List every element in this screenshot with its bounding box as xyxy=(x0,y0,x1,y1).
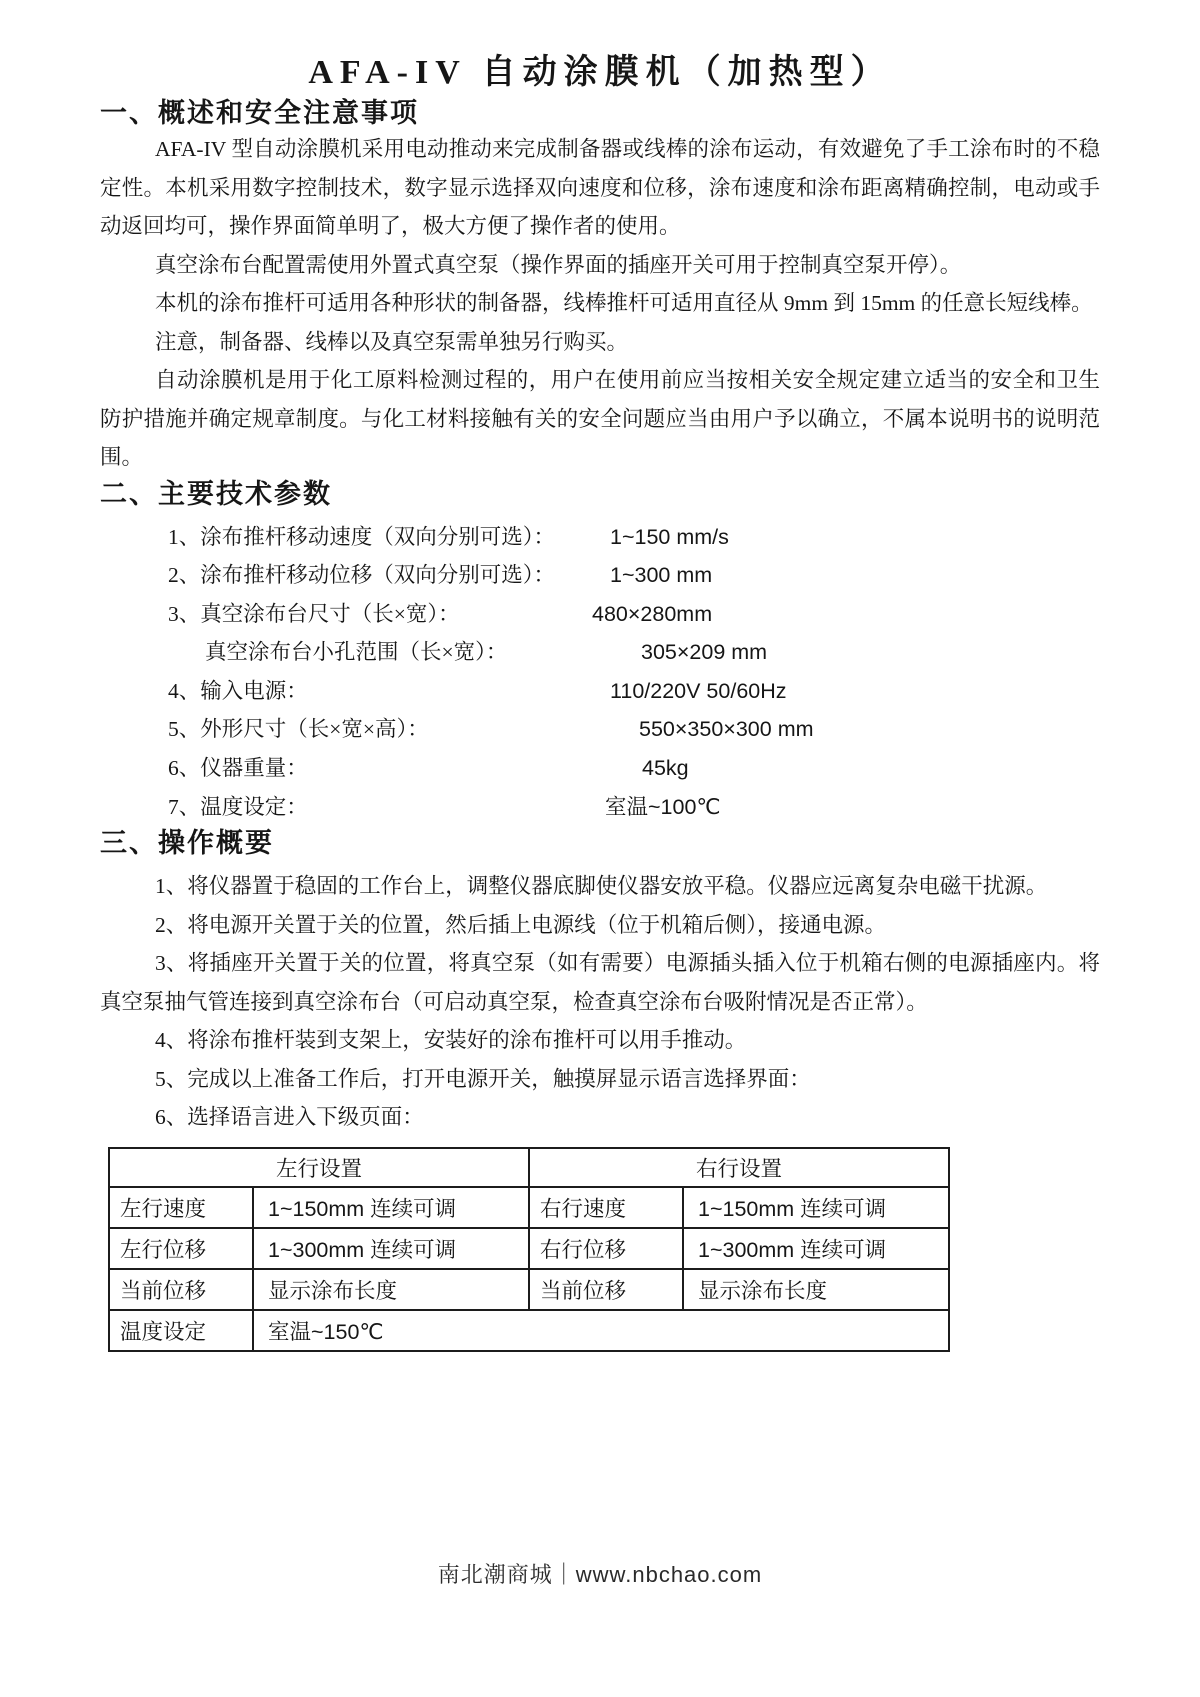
cell-right-displacement-label: 右行位移 xyxy=(529,1228,683,1269)
spec-line-displacement: 2、涂布推杆移动位移（双向分别可选）： 1~300 mm xyxy=(100,556,1100,595)
cell-right-speed-label: 右行速度 xyxy=(529,1187,683,1228)
footer-branding: 南北潮商城｜www.nbchao.com xyxy=(0,1558,1200,1589)
spec-value: 305×209 mm xyxy=(641,633,767,672)
spec-value: 110/220V 50/60Hz xyxy=(610,672,787,711)
overview-paragraph-5: 自动涂膜机是用于化工原料检测过程的，用户在使用前应当按相关安全规定建立适当的安全… xyxy=(100,361,1100,477)
cell-left-current-value: 显示涂布长度 xyxy=(253,1269,529,1310)
spec-line-hole-range: 真空涂布台小孔范围（长×宽）： 305×209 mm xyxy=(100,633,1100,672)
operation-step-1: 1、将仪器置于稳固的工作台上，调整仪器底脚使仪器安放平稳。仪器应远离复杂电磁干扰… xyxy=(100,867,1100,906)
cell-left-current-label: 当前位移 xyxy=(109,1269,253,1310)
cell-left-displacement-label: 左行位移 xyxy=(109,1228,253,1269)
spec-line-temperature: 7、温度设定： 室温~100℃ xyxy=(100,788,1100,827)
cell-right-current-label: 当前位移 xyxy=(529,1269,683,1310)
spec-line-speed: 1、涂布推杆移动速度（双向分别可选）： 1~150 mm/s xyxy=(100,518,1100,557)
spec-list: 1、涂布推杆移动速度（双向分别可选）： 1~150 mm/s 2、涂布推杆移动位… xyxy=(100,518,1100,827)
section-overview-heading: 一、概述和安全注意事项 xyxy=(100,96,1100,130)
operation-step-3: 3、将插座开关置于关的位置，将真空泵（如有需要）电源插头插入位于机箱右侧的电源插… xyxy=(100,944,1100,1021)
spec-value: 1~150 mm/s xyxy=(610,518,729,557)
table-row-speed: 左行速度 1~150mm 连续可调 右行速度 1~150mm 连续可调 xyxy=(109,1187,949,1228)
spec-value: 45kg xyxy=(642,749,689,788)
spec-label: 5、外形尺寸（长×宽×高）： xyxy=(168,717,429,741)
operation-step-4: 4、将涂布推杆装到支架上，安装好的涂布推杆可以用手推动。 xyxy=(100,1021,1100,1060)
spec-label: 7、温度设定： xyxy=(168,795,308,819)
overview-paragraph-2: 真空涂布台配置需使用外置式真空泵（操作界面的插座开关可用于控制真空泵开停）。 xyxy=(100,246,1100,285)
cell-temperature-value: 室温~150℃ xyxy=(253,1310,949,1351)
manual-page: AFA-IV 自动涂膜机（加热型） 一、概述和安全注意事项 AFA-IV 型自动… xyxy=(0,0,1200,1697)
spec-value: 550×350×300 mm xyxy=(639,710,814,749)
spec-line-weight: 6、仪器重量： 45kg xyxy=(100,749,1100,788)
page-content: AFA-IV 自动涂膜机（加热型） 一、概述和安全注意事项 AFA-IV 型自动… xyxy=(0,50,1200,1352)
spec-label: 真空涂布台小孔范围（长×宽）： xyxy=(205,640,507,664)
cell-right-current-value: 显示涂布长度 xyxy=(683,1269,949,1310)
operation-step-6: 6、选择语言进入下级页面： xyxy=(100,1098,1100,1137)
spec-label: 4、输入电源： xyxy=(168,679,308,703)
table-row-current-position: 当前位移 显示涂布长度 当前位移 显示涂布长度 xyxy=(109,1269,949,1310)
spec-label: 2、涂布推杆移动位移（双向分别可选）： xyxy=(168,563,555,587)
spec-line-table-size: 3、真空涂布台尺寸（长×宽）： 480×280mm xyxy=(100,595,1100,634)
operation-step-5: 5、完成以上准备工作后，打开电源开关，触摸屏显示语言选择界面： xyxy=(100,1060,1100,1099)
cell-temperature-label: 温度设定 xyxy=(109,1310,253,1351)
settings-table: 左行设置 右行设置 左行速度 1~150mm 连续可调 右行速度 1~150mm… xyxy=(108,1147,950,1352)
section-specs-heading: 二、主要技术参数 xyxy=(100,477,1100,511)
cell-left-displacement-value: 1~300mm 连续可调 xyxy=(253,1228,529,1269)
spec-label: 1、涂布推杆移动速度（双向分别可选）： xyxy=(168,525,555,549)
spec-value: 480×280mm xyxy=(592,595,712,634)
spec-line-dimensions: 5、外形尺寸（长×宽×高）： 550×350×300 mm xyxy=(100,710,1100,749)
overview-paragraph-4: 注意，制备器、线棒以及真空泵需单独另行购买。 xyxy=(100,323,1100,362)
overview-paragraph-3: 本机的涂布推杆可适用各种形状的制备器，线棒推杆可适用直径从 9mm 到 15mm… xyxy=(100,284,1100,323)
cell-left-speed-label: 左行速度 xyxy=(109,1187,253,1228)
spec-value: 室温~100℃ xyxy=(605,788,721,827)
table-row-displacement: 左行位移 1~300mm 连续可调 右行位移 1~300mm 连续可调 xyxy=(109,1228,949,1269)
section-operation-heading: 三、操作概要 xyxy=(100,826,1100,860)
spec-line-power: 4、输入电源： 110/220V 50/60Hz xyxy=(100,672,1100,711)
spec-value: 1~300 mm xyxy=(610,556,712,595)
header-right-settings: 右行设置 xyxy=(529,1148,949,1187)
operation-steps: 1、将仪器置于稳固的工作台上，调整仪器底脚使仪器安放平稳。仪器应远离复杂电磁干扰… xyxy=(100,867,1100,1137)
operation-step-2: 2、将电源开关置于关的位置，然后插上电源线（位于机箱后侧），接通电源。 xyxy=(100,906,1100,945)
cell-right-displacement-value: 1~300mm 连续可调 xyxy=(683,1228,949,1269)
spec-label: 3、真空涂布台尺寸（长×宽）： xyxy=(168,602,460,626)
cell-left-speed-value: 1~150mm 连续可调 xyxy=(253,1187,529,1228)
document-title: AFA-IV 自动涂膜机（加热型） xyxy=(100,50,1100,96)
cell-right-speed-value: 1~150mm 连续可调 xyxy=(683,1187,949,1228)
spec-label: 6、仪器重量： xyxy=(168,756,308,780)
overview-paragraph-1: AFA-IV 型自动涂膜机采用电动推动来完成制备器或线棒的涂布运动，有效避免了手… xyxy=(100,130,1100,246)
header-left-settings: 左行设置 xyxy=(109,1148,529,1187)
table-header-row: 左行设置 右行设置 xyxy=(109,1148,949,1187)
table-row-temperature: 温度设定 室温~150℃ xyxy=(109,1310,949,1351)
